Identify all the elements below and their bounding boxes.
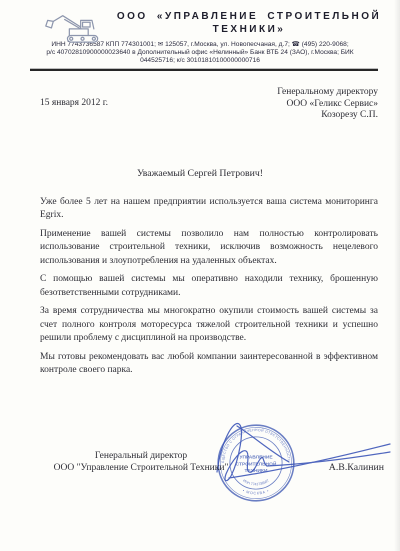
recipient-line-1: Генеральному директору — [277, 87, 378, 99]
header-rule — [30, 68, 378, 71]
letter-body: Уже более 5 лет на нашем предприятии исп… — [0, 196, 400, 378]
body-paragraph-5: Мы готовы рекомендовать вас любой компан… — [40, 351, 378, 378]
signer-position-line-2: ООО "Управление Строительной Техники" — [26, 462, 256, 474]
salutation: Уважаемый Сергей Петрович! — [0, 168, 400, 179]
body-paragraph-2: Применение вашей системы позволило нам п… — [40, 228, 378, 269]
signer-position-line-1: Генеральный директор — [26, 450, 256, 462]
stamp-city-arc: • МОСКВА • — [242, 489, 270, 496]
body-paragraph-1: Уже более 5 лет на нашем предприятии исп… — [40, 196, 378, 223]
excavator-logo-icon — [42, 8, 108, 46]
requisites-line-2: р/с 40702810900000023640 в Дополнительны… — [16, 49, 384, 57]
body-paragraph-4: За время сотрудничества мы многократно о… — [40, 305, 378, 346]
org-title: ООО «УПРАВЛЕНИЕ СТРОИТЕЛЬНОЙ ТЕХНИКИ» — [106, 10, 392, 36]
requisites-line-3: 044525716; к/с 30101810100000000716 — [16, 57, 384, 65]
recipient-block: Генеральному директору ООО «Геликс Серви… — [277, 87, 378, 122]
scanned-letter-page: ООО «УПРАВЛЕНИЕ СТРОИТЕЛЬНОЙ ТЕХНИКИ» ИН… — [0, 0, 400, 551]
signer-name: А.В.Калинин — [329, 462, 384, 473]
letterhead: ООО «УПРАВЛЕНИЕ СТРОИТЕЛЬНОЙ ТЕХНИКИ» ИН… — [0, 0, 400, 71]
stamp-inn-arc: ИНН 7743736587 — [242, 478, 270, 486]
recipient-line-2: ООО «Геликс Сервис» — [277, 99, 378, 111]
signature-block: ОБЩЕСТВО С ОГРАНИЧЕННОЙ ОТВЕТСТВЕННОСТЬЮ… — [0, 412, 400, 551]
signer-position: Генеральный директор ООО "Управление Стр… — [26, 450, 256, 474]
recipient-line-3: Козорезу С.П. — [277, 110, 378, 122]
body-paragraph-3: С помощью вашей системы мы оперативно на… — [40, 273, 378, 300]
letter-date: 15 января 2012 г. — [40, 87, 108, 122]
meta-row: 15 января 2012 г. Генеральному директору… — [40, 87, 378, 122]
